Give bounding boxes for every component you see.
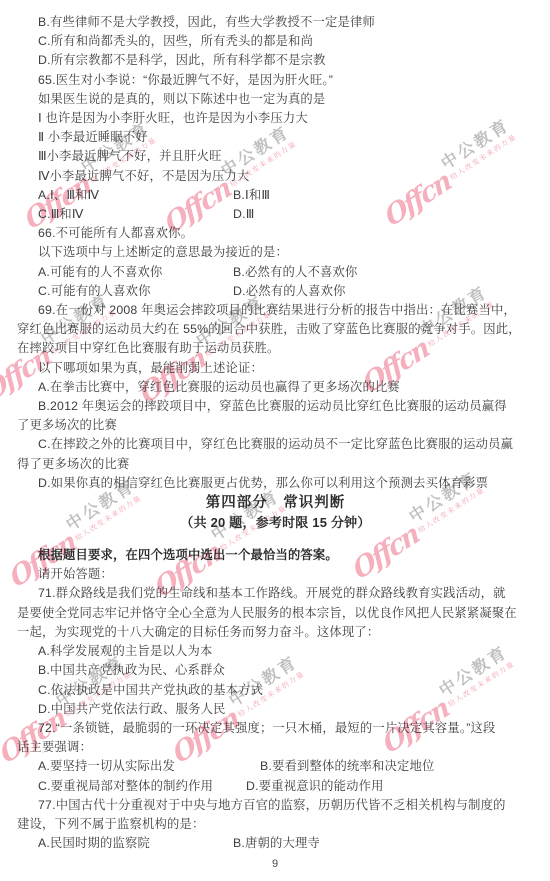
exam-page: Offcn中公教育给人改变未来的力量Offcn中公教育给人改变未来的力量Offc… — [0, 0, 550, 881]
text-line: D.中国共产党依法行政、服务人民 — [17, 700, 534, 719]
text-line: B.有些律师不是大学教授，因此，有些大学教授不一定是律师 — [17, 13, 534, 32]
option-cell: A.可能有的人不喜欢你 — [38, 263, 233, 282]
options-row: A.要坚持一切从实际出发B.要看到整体的统率和决定地位 — [17, 757, 534, 776]
option-cell: C.可能有的人喜欢你 — [38, 282, 233, 301]
option-cell: C.要重视局部对整体的制约作用 — [38, 777, 246, 796]
text-line: 得了更多场次的比赛 — [17, 455, 534, 474]
option-cell: D.必然有的人喜欢你 — [233, 284, 346, 298]
option-cell: B.要看到整体的统率和决定地位 — [260, 759, 434, 773]
text-line: C.依法执政是中国共产党执政的基本方式 — [17, 681, 534, 700]
options-row: A.可能有的人不喜欢你B.必然有的人不喜欢你 — [17, 263, 534, 282]
spacer — [17, 532, 534, 546]
option-cell: C.Ⅲ和Ⅳ — [38, 205, 233, 224]
text-line: Ⅳ小李最近脾气不好，不是因为压力大 — [17, 167, 534, 186]
text-line: Ⅱ 小李最近睡眠不好 — [17, 128, 534, 147]
text-line: A.在拳击比赛中，穿红色比赛服的运动员也赢得了更多场次的比赛 — [17, 378, 534, 397]
page-number: 9 — [0, 858, 550, 870]
text-line: B.中国共产党执政为民、心系群众 — [17, 661, 534, 680]
text-line: 77.中国古代十分重视对于中央与地方百官的监察，历朝历代皆不乏相关机构与制度的 — [17, 796, 534, 815]
text-line: 65.医生对小李说：“你最近脾气不好，是因为肝火旺。” — [17, 71, 534, 90]
text-line: 69.在一份对 2008 年奥运会摔跤项目的比赛结果进行分析的报告中指出：在比赛… — [17, 301, 534, 320]
text-line: D.所有宗教都不是科学，因此，所有科学都不是宗教 — [17, 51, 534, 70]
exam-text-content: B.有些律师不是大学教授，因此，有些大学教授不一定是律师C.所有和尚都秃头的，因… — [0, 0, 550, 881]
text-line: D.如果你真的相信穿红色比赛服更占优势，那么你可以利用这个预测去买体育彩票 — [17, 474, 534, 493]
options-row: A.民国时期的监察院B.唐朝的大理寺 — [17, 834, 534, 853]
text-line: C.在摔跤之外的比赛项目中，穿红色比赛服的运动员不一定比穿蓝色比赛服的运动员赢 — [17, 435, 534, 454]
text-line: 了更多场次的比赛 — [17, 416, 534, 435]
option-cell: A.要坚持一切从实际出发 — [38, 757, 260, 776]
section-title: 第四部分 常识判断 — [17, 493, 534, 513]
text-line: 一起，为实现党的十八大确定的目标任务而努力奋斗。这体现了： — [17, 623, 534, 642]
options-row: A.Ⅰ、Ⅲ和ⅣB.Ⅰ和Ⅲ — [17, 186, 534, 205]
text-line: 在摔跤项目中穿红色比赛服有助于运动员获胜。 — [17, 339, 534, 358]
text-line: 以下哪项如果为真，最能削弱上述论证： — [17, 359, 534, 378]
text-line: 穿红色比赛服的运动员大约在 55%的回合中获胜，击败了穿蓝色比赛服的竞争对手。因… — [17, 320, 534, 339]
text-line: 话主要强调： — [17, 738, 534, 757]
text-line: 根据题目要求，在四个选项中选出一个最恰当的答案。 — [17, 546, 534, 565]
text-line: 以下选项中与上述断定的意思最为接近的是： — [17, 243, 534, 262]
text-line: Ⅰ 也许是因为小李肝火旺，也许是因为小李压力大 — [17, 109, 534, 128]
option-cell: B.Ⅰ和Ⅲ — [233, 188, 270, 202]
text-line: 如果医生说的是真的，则以下陈述中也一定为真的是 — [17, 90, 534, 109]
option-cell: D.要重视意识的能动作用 — [246, 779, 384, 793]
text-line: 是要使全党同志牢记并恪守全心全意为人民服务的根本宗旨，以优良作风把人民紧紧凝聚在 — [17, 604, 534, 623]
text-line: B.2012 年奥运会的摔跤项目中，穿蓝色比赛服的运动员比穿红色比赛服的运动员赢… — [17, 397, 534, 416]
option-cell: D.Ⅲ — [233, 207, 254, 221]
text-line: 66.不可能所有人都喜欢你。 — [17, 224, 534, 243]
text-line: 72.“一条锁链，最脆弱的一环决定其强度；一只木桶，最短的一片决定其容量。”这段 — [17, 719, 534, 738]
text-line: A.科学发展观的主旨是以人为本 — [17, 642, 534, 661]
option-cell: A.民国时期的监察院 — [38, 834, 233, 853]
option-cell: A.Ⅰ、Ⅲ和Ⅳ — [38, 186, 233, 205]
options-row: C.要重视局部对整体的制约作用D.要重视意识的能动作用 — [17, 777, 534, 796]
section-subtitle: （共 20 题，参考时限 15 分钟） — [17, 513, 534, 532]
text-line: 建设，下列不属于监察机构的是： — [17, 815, 534, 834]
option-cell: B.必然有的人不喜欢你 — [233, 265, 358, 279]
text-line: Ⅲ小李最近脾气不好，并且肝火旺 — [17, 147, 534, 166]
option-cell: B.唐朝的大理寺 — [233, 836, 320, 850]
text-line: 71.群众路线是我们党的生命线和基本工作路线。开展党的群众路线教育实践活动，就 — [17, 584, 534, 603]
text-line: 请开始答题： — [17, 565, 534, 584]
text-line: C.所有和尚都秃头的，因些，所有秃头的都是和尚 — [17, 32, 534, 51]
options-row: C.可能有的人喜欢你D.必然有的人喜欢你 — [17, 282, 534, 301]
options-row: C.Ⅲ和ⅣD.Ⅲ — [17, 205, 534, 224]
